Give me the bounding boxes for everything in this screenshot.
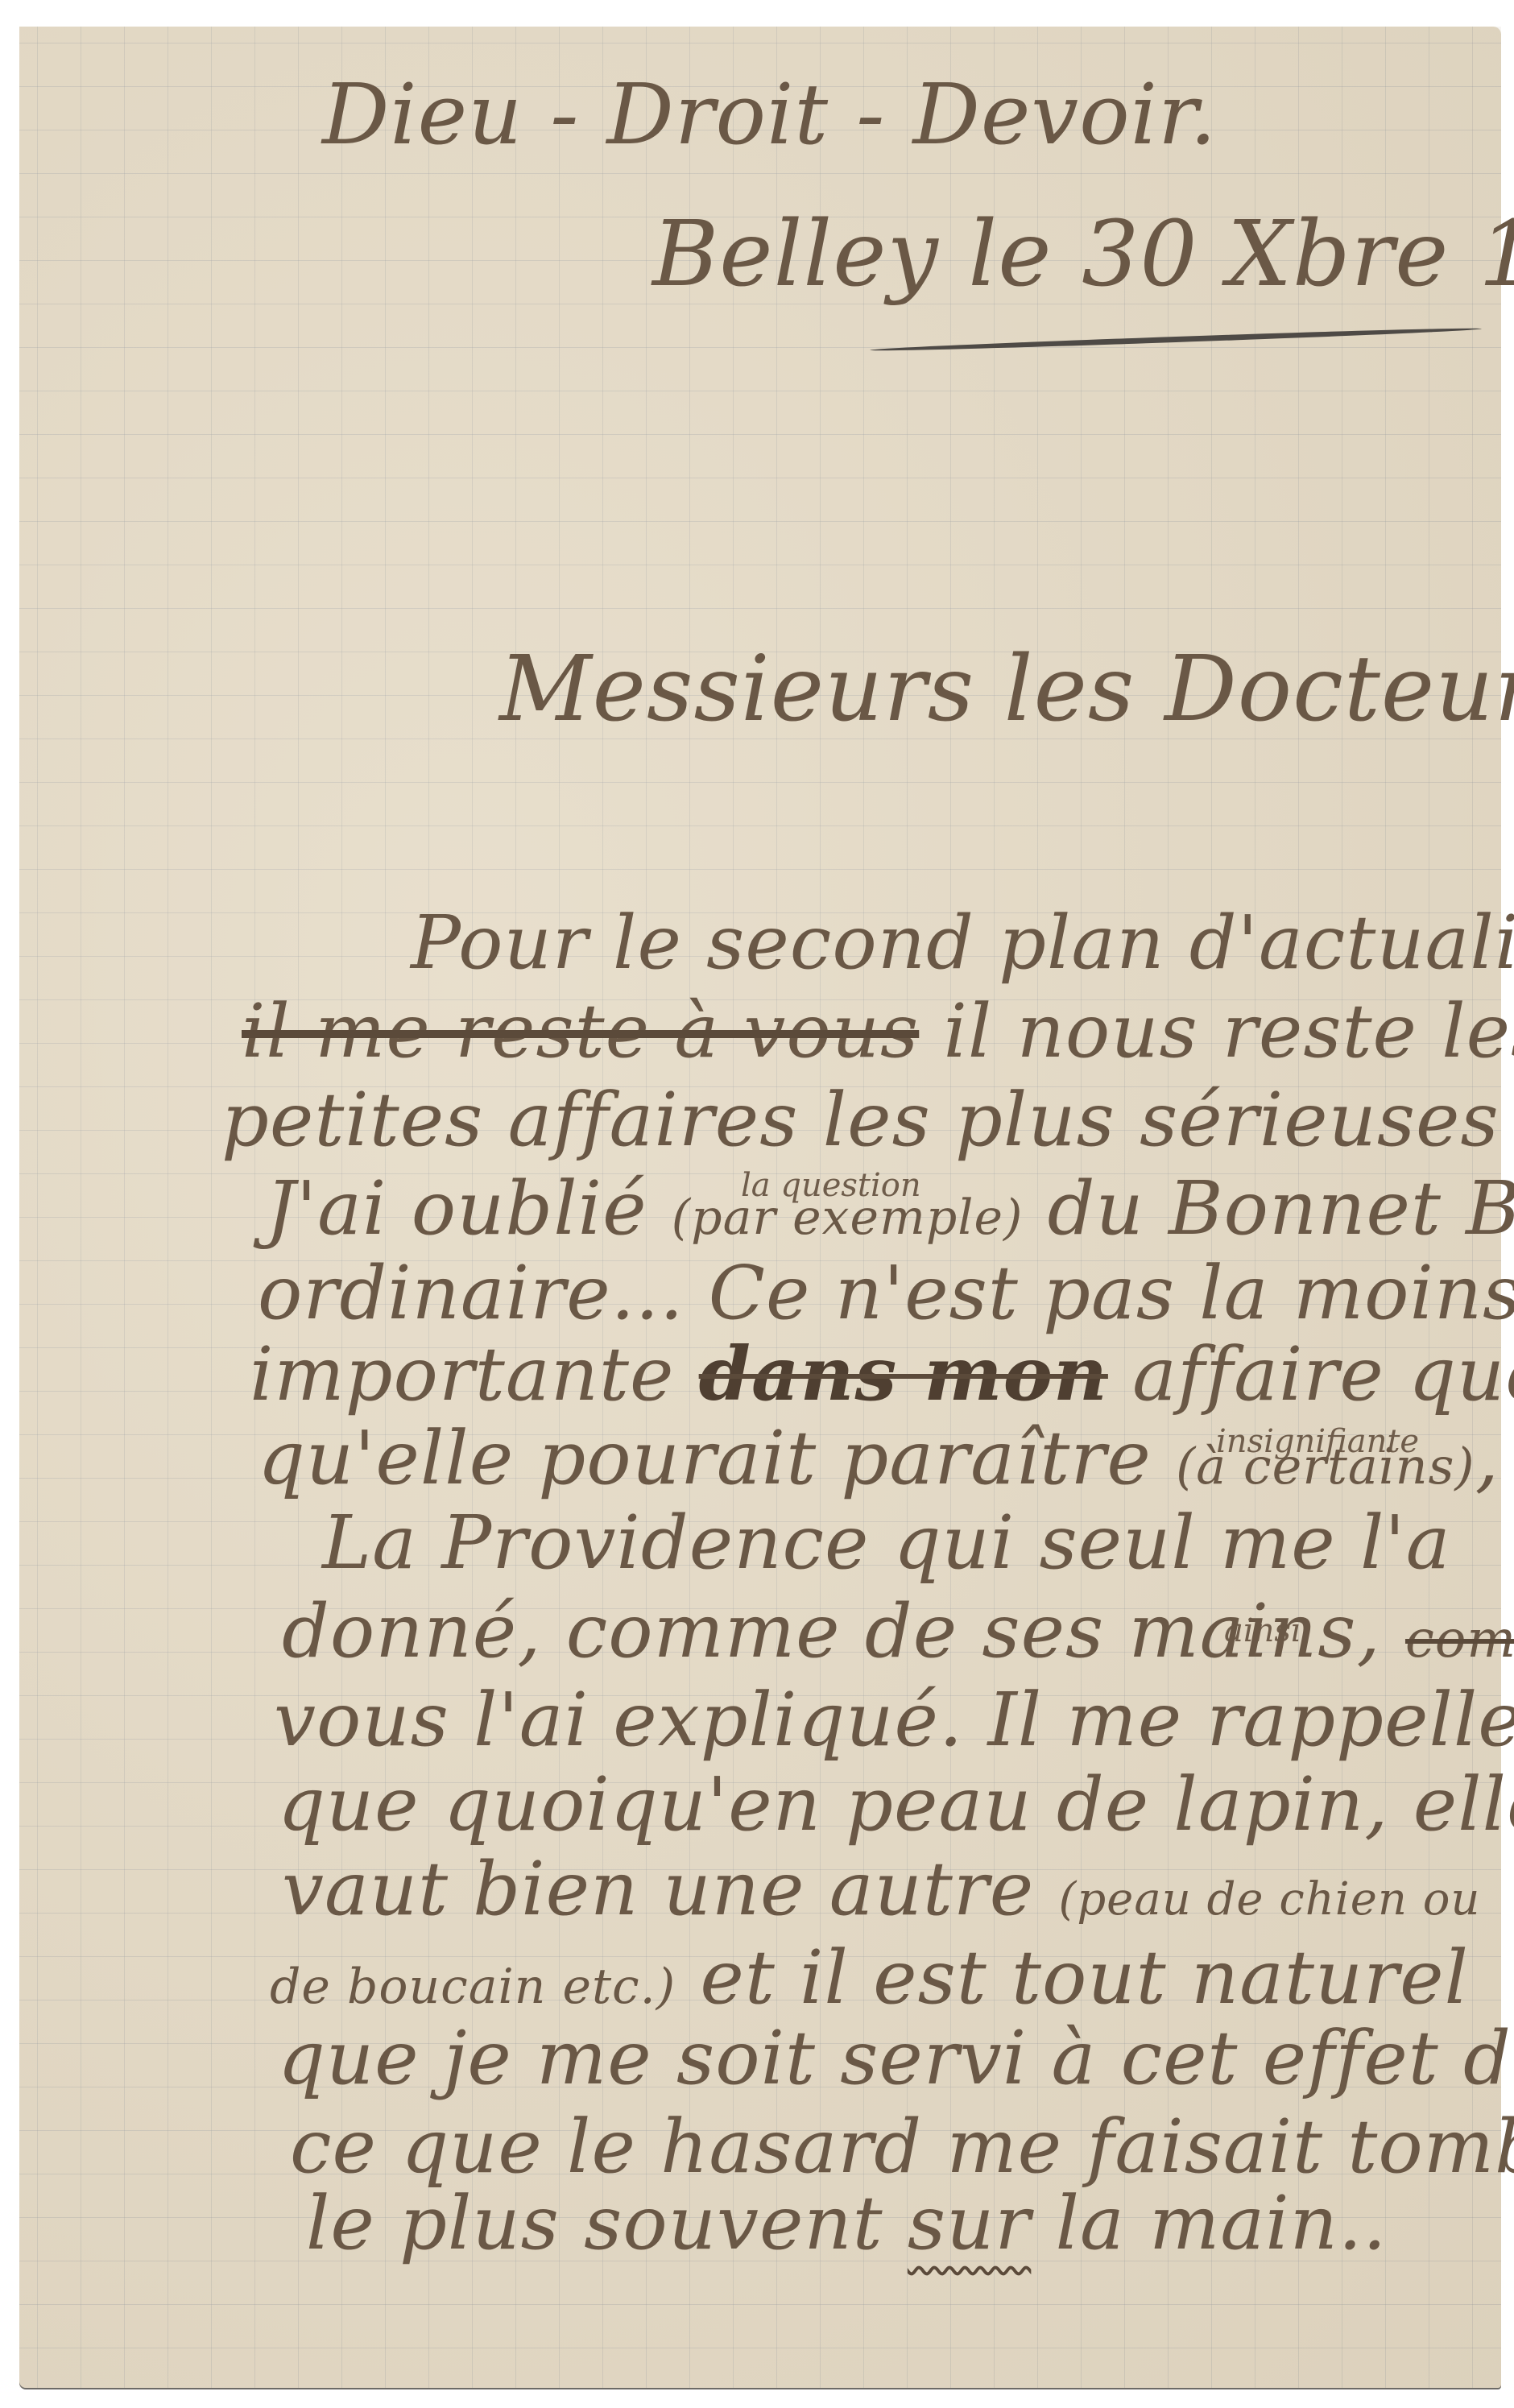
body-line-2: il me reste à vous il nous reste les bbox=[242, 995, 1514, 1069]
line-text: donné, comme de ses mains, bbox=[282, 1588, 1405, 1674]
body-line-6: importante dans mon affaire quoi bbox=[250, 1337, 1514, 1412]
line-text-after: la main.. bbox=[1031, 2180, 1387, 2266]
line-text-after: et il est tout naturel bbox=[676, 1934, 1469, 2021]
line-text: Pour le second plan d'actualité bbox=[411, 900, 1514, 986]
line-text: de boucain etc.) bbox=[270, 1959, 676, 2015]
line-text: que quoiqu'en peau de lapin, elle en bbox=[278, 1761, 1514, 1847]
parenthetical: (par exemple) bbox=[672, 1190, 1024, 1246]
line-text: J'ai oublié bbox=[266, 1165, 672, 1252]
body-line-12: vaut bien une autre (peau de chien ou bbox=[282, 1852, 1481, 1926]
body-line-7: qu'elle pourait paraître (à certains), bbox=[258, 1421, 1500, 1496]
body-line-9: donné, comme de ses mains, comme je bbox=[282, 1595, 1514, 1669]
body-line-14: que je me soit servi à cet effet de bbox=[278, 2021, 1514, 2096]
line-text: petites affaires les plus sérieuses — bbox=[221, 1077, 1514, 1163]
place-date: Belley le 30 Xbre 1897 bbox=[652, 209, 1514, 300]
body-line-3: petites affaires les plus sérieuses — bbox=[221, 1083, 1514, 1157]
line-text-after: affaire quoi bbox=[1108, 1331, 1514, 1417]
line-text: le plus souvent bbox=[306, 2180, 908, 2266]
line-text: que je me soit servi à cet effet de bbox=[278, 2015, 1514, 2101]
body-line-8: La Providence qui seul me l'a bbox=[322, 1506, 1451, 1580]
line-text: qu'elle pourait paraître bbox=[258, 1415, 1176, 1501]
body-line-10: vous l'ai expliqué. Il me rappelle bbox=[274, 1683, 1514, 1757]
line-text: ordinaire... Ce n'est pas la moins bbox=[258, 1250, 1514, 1336]
line-text: importante bbox=[250, 1331, 699, 1417]
body-line-4: J'ai oublié (par exemple) du Bonnet Bi- bbox=[266, 1172, 1514, 1246]
struck-text: il me reste à vous bbox=[242, 988, 919, 1074]
body-line-5: ordinaire... Ce n'est pas la moins bbox=[258, 1256, 1514, 1330]
line-text-after: du Bonnet Bi- bbox=[1023, 1165, 1514, 1252]
body-line-1: Pour le second plan d'actualité bbox=[411, 906, 1514, 980]
body-line-16: le plus souvent sur la main.. bbox=[306, 2187, 1387, 2261]
line-text: il nous reste les bbox=[919, 988, 1514, 1074]
parenthetical: (à certains) bbox=[1176, 1437, 1475, 1496]
struck-text: dans mon bbox=[699, 1330, 1108, 1417]
line-text: La Providence qui seul me l'a bbox=[322, 1500, 1451, 1586]
body-line-13: de boucain etc.) et il est tout naturel bbox=[270, 1941, 1469, 2015]
line-text: vaut bien une autre bbox=[282, 1846, 1058, 1932]
parenthetical: (peau de chien ou bbox=[1058, 1873, 1480, 1926]
underlined-word: sur bbox=[908, 2180, 1031, 2266]
salutation: Messieurs les Docteurs, bbox=[499, 644, 1514, 734]
struck-text: comme bbox=[1405, 1610, 1514, 1669]
body-line-11: que quoiqu'en peau de lapin, elle en bbox=[278, 1768, 1514, 1842]
line-text-after: , bbox=[1475, 1415, 1500, 1501]
header-motto: Dieu - Droit - Devoir. bbox=[322, 72, 1217, 156]
line-text: vous l'ai expliqué. Il me rappelle bbox=[274, 1677, 1514, 1763]
body-line-15: ce que le hasard me faisait tomber bbox=[290, 2110, 1514, 2184]
line-text: ce que le hasard me faisait tomber bbox=[290, 2104, 1514, 2190]
